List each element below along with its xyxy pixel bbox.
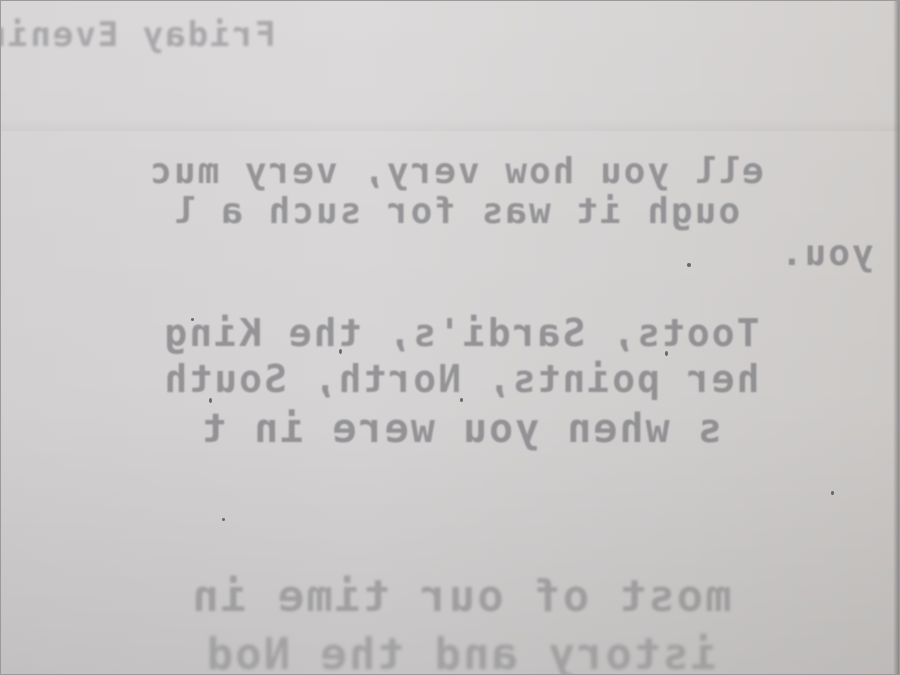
letter-line-2: ough it was for such a l <box>1 191 899 232</box>
ink-speck <box>687 263 691 267</box>
letter-line-5: her points, North, South <box>1 357 899 401</box>
ink-speck <box>831 491 834 495</box>
ink-speck <box>665 351 668 356</box>
letter-line-1: ell you how very, very muc <box>1 151 899 192</box>
ink-speck <box>339 349 342 354</box>
letter-line-3: n you. <box>661 233 899 274</box>
photo-frame: Friday Evening ell you how very, very mu… <box>1 1 899 674</box>
ink-speck <box>191 318 194 321</box>
letter-line-4: Toots, Sardi's, the King <box>1 311 899 355</box>
letter-line-6: s when you were in t <box>1 406 899 452</box>
paper-fold-shadow <box>1 119 899 131</box>
ink-speck <box>460 398 463 402</box>
letter-line-8: istory and the Nod <box>1 629 899 674</box>
letter-line-7: most of our time in <box>1 571 899 622</box>
ink-speck <box>209 398 212 403</box>
photo-edge-shadow <box>893 1 899 674</box>
letter-heading: Friday Evening <box>1 15 521 55</box>
ink-speck <box>222 518 225 521</box>
